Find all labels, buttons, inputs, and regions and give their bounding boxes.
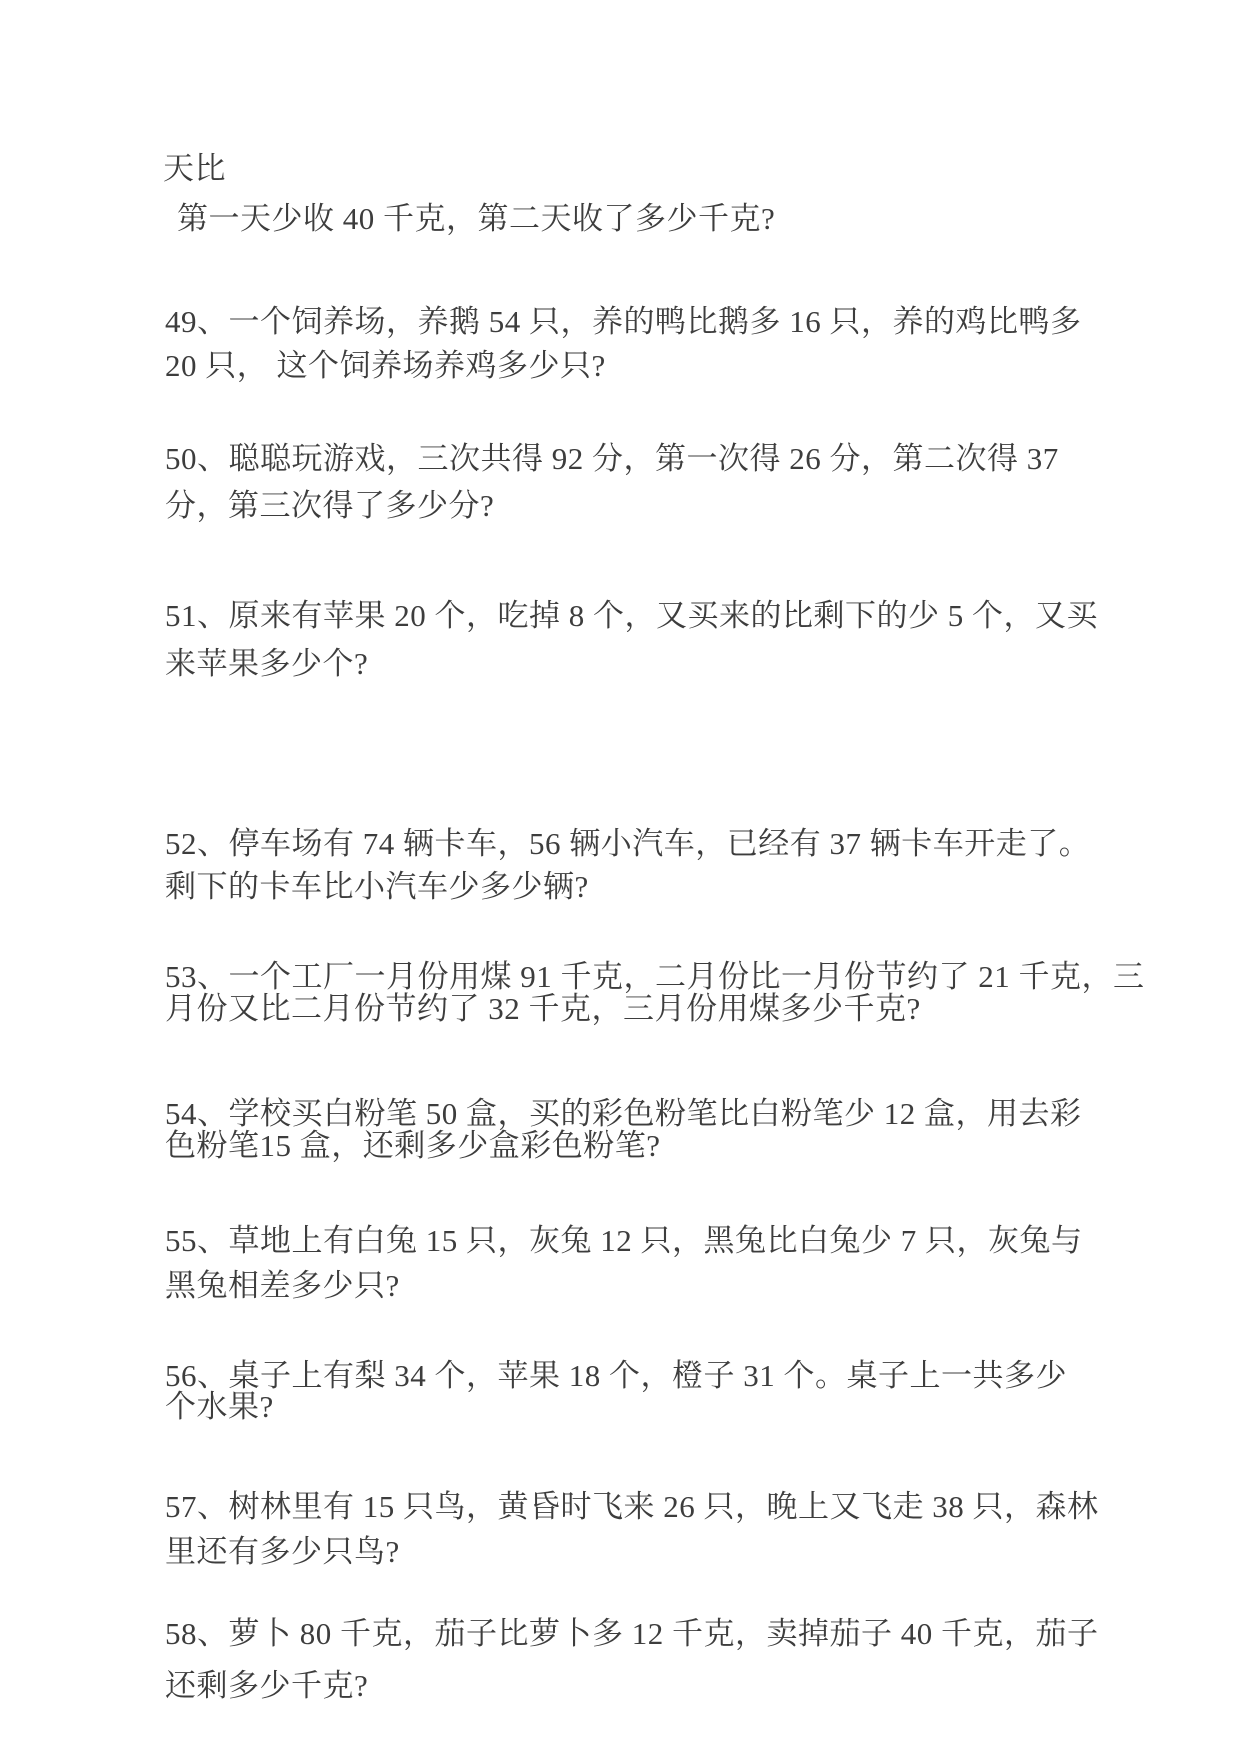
problem-52-line-2: 剩下的卡车比小汽车少多少辆? xyxy=(165,871,1161,902)
problem-49-line-1: 49、一个饲养场，养鹅 54 只，养的鸭比鹅多 16 只，养的鸡比鸭多 xyxy=(165,306,1161,337)
problem-53-line-2: 月份又比二月份节约了 32 千克，三月份用煤多少千克? xyxy=(165,993,1161,1024)
worksheet-page: 天比 第一天少收 40 千克，第二天收了多少千克? 49、一个饲养场，养鹅 54… xyxy=(0,0,1241,1754)
problem-57-line-2: 里还有多少只鸟? xyxy=(165,1536,1161,1567)
problem-51-line-1: 51、原来有苹果 20 个，吃掉 8 个，又买来的比剩下的少 5 个，又买 xyxy=(165,600,1161,631)
problem-55-line-2: 黑兔相差多少只? xyxy=(165,1270,1161,1301)
problem-55-line-1: 55、草地上有白兔 15 只，灰兔 12 只，黑兔比白兔少 7 只，灰兔与 xyxy=(165,1225,1161,1256)
problem-51-line-2: 来苹果多少个? xyxy=(165,648,1161,679)
problem-54-line-1: 54、学校买白粉笔 50 盒，买的彩色粉笔比白粉笔少 12 盒，用去彩 xyxy=(165,1098,1161,1129)
problem-56-line-2: 个水果? xyxy=(165,1391,1161,1422)
problem-50-line-1: 50、聪聪玩游戏，三次共得 92 分，第一次得 26 分，第二次得 37 xyxy=(165,443,1161,474)
problem-52-line-1: 52、停车场有 74 辆卡车，56 辆小汽车，已经有 37 辆卡车开走了。 xyxy=(165,828,1161,859)
problem-58-line-1: 58、萝卜 80 千克，茄子比萝卜多 12 千克，卖掉茄子 40 千克，茄子 xyxy=(165,1618,1161,1649)
problem-49-line-2: 20 只， 这个饲养场养鸡多少只? xyxy=(165,350,1161,381)
problem-54-line-2: 色粉笔15 盒，还剩多少盒彩色粉笔? xyxy=(165,1130,1161,1161)
problem-50-line-2: 分，第三次得了多少分? xyxy=(165,490,1161,521)
problem-53-line-1: 53、一个工厂一月份用煤 91 千克，二月份比一月份节约了 21 千克，三 xyxy=(165,961,1161,992)
problem-48-continuation-line-2: 第一天少收 40 千克，第二天收了多少千克? xyxy=(177,203,1161,234)
problem-57-line-1: 57、树林里有 15 只鸟，黄昏时飞来 26 只，晚上又飞走 38 只，森林 xyxy=(165,1491,1161,1522)
problem-56-line-1: 56、桌子上有梨 34 个，苹果 18 个，橙子 31 个。桌子上一共多少 xyxy=(165,1360,1161,1391)
problem-58-line-2: 还剩多少千克? xyxy=(165,1670,1161,1701)
problem-48-continuation-line-1: 天比 xyxy=(163,153,1161,184)
